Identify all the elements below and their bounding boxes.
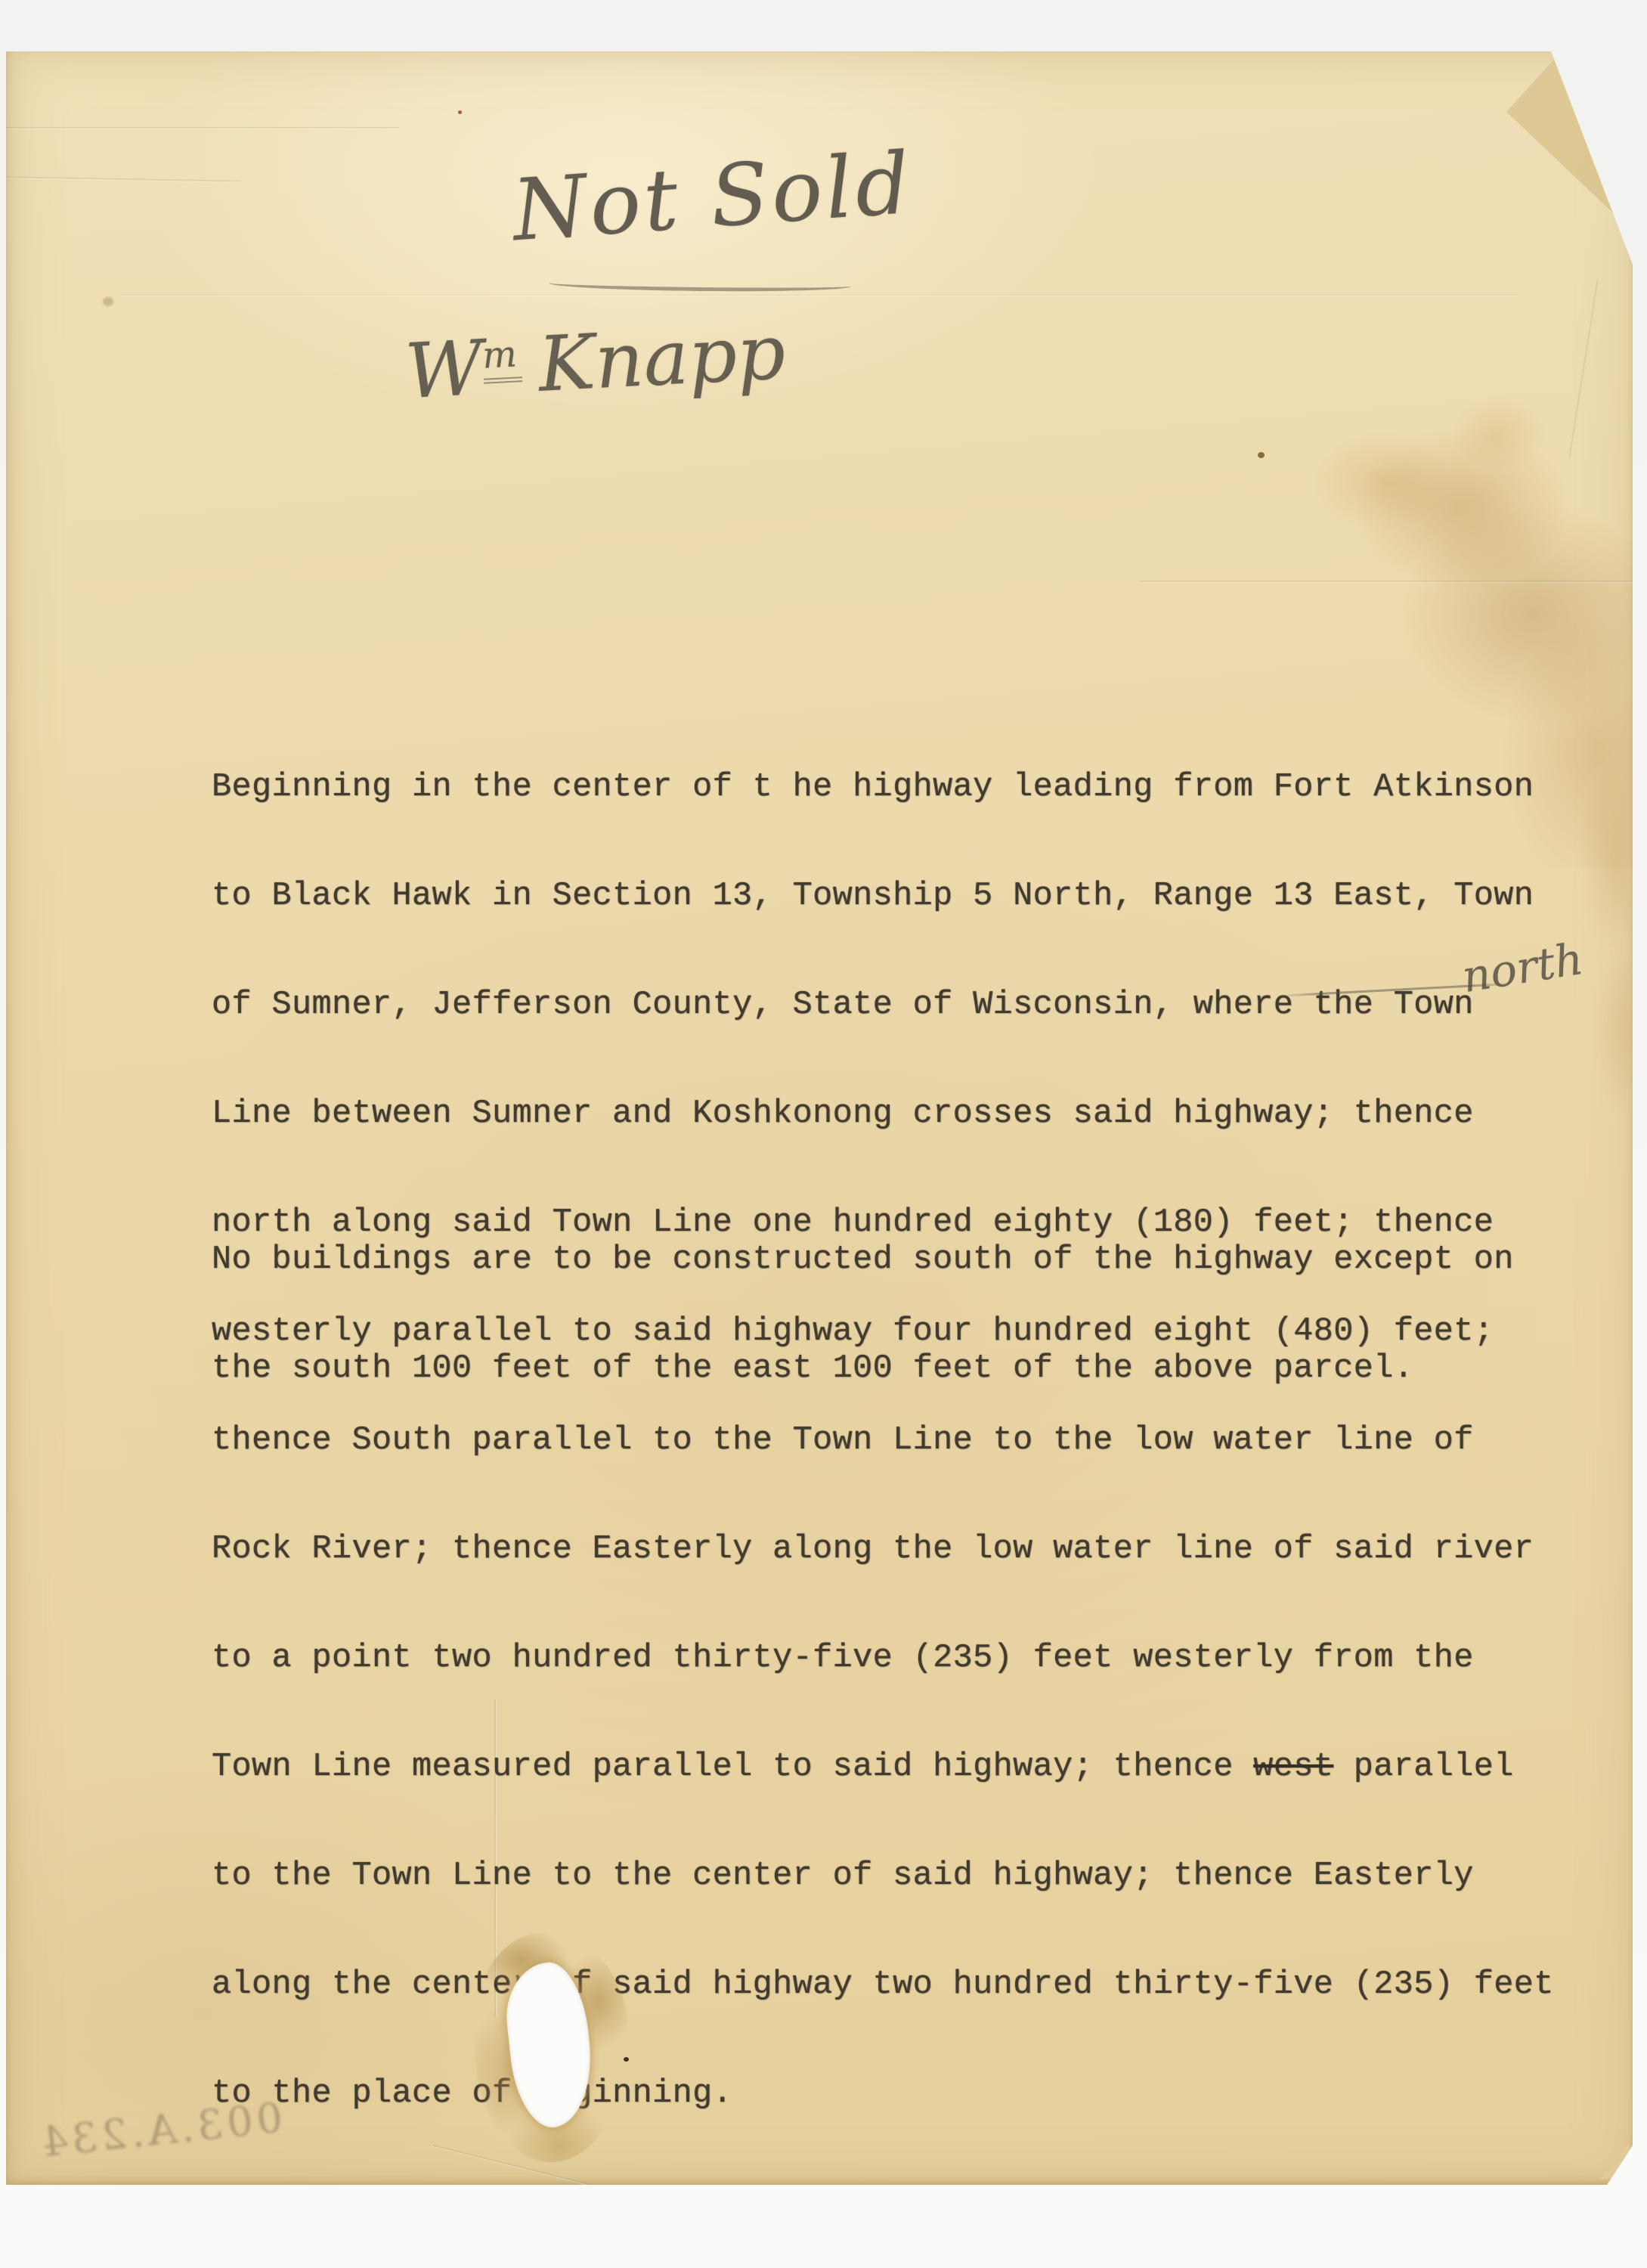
typed-line: Rock River; thence Easterly along the lo…	[212, 1532, 1554, 1568]
handwritten-name: WmKnapp	[403, 308, 788, 416]
typed-segment: parallel	[1333, 1749, 1514, 1786]
paper-crease	[1568, 279, 1599, 458]
soft-speck	[103, 297, 113, 306]
typed-line-with-strikeout: Town Line measured parallel to said high…	[212, 1749, 1554, 1786]
name-surname: Knapp	[536, 308, 787, 409]
name-superscript: m	[481, 333, 523, 384]
typed-line: to a point two hundred thirty-five (235)…	[212, 1641, 1554, 1677]
typed-line: to Black Hawk in Section 13, Township 5 …	[212, 878, 1554, 915]
typed-line: to the place of beginning.	[212, 2076, 1554, 2112]
typed-line: the south 100 feet of the east 100 feet …	[212, 1351, 1514, 1387]
torn-hole-opening	[501, 1959, 598, 2131]
paper-crease	[1140, 581, 1633, 582]
handwritten-underline	[549, 277, 851, 293]
paper-crease	[6, 127, 399, 129]
typed-line: No buildings are to be constructed south…	[212, 1242, 1514, 1278]
handwritten-not-sold: Not Sold	[509, 135, 915, 261]
ink-speck	[1258, 452, 1265, 458]
paper-crease	[119, 295, 1518, 296]
typed-line: to the Town Line to the center of said h…	[212, 1858, 1554, 1895]
building-restriction-paragraph: No buildings are to be constructed south…	[212, 1170, 1514, 1460]
struck-word: west	[1253, 1749, 1333, 1786]
name-initial: W	[403, 324, 485, 416]
document-page: Not Sold WmKnapp Beginning in the center…	[6, 51, 1633, 2185]
typed-line: Beginning in the center of t he highway …	[212, 770, 1554, 806]
typed-segment: Town Line measured parallel to said high…	[212, 1749, 1253, 1786]
paper-crease	[6, 176, 240, 181]
red-speck	[458, 110, 462, 114]
scanner-background: Not Sold WmKnapp Beginning in the center…	[0, 0, 1647, 2268]
typed-line: along the center of said highway two hun…	[212, 1967, 1554, 2003]
typed-line: Line between Sumner and Koshkonong cross…	[212, 1096, 1554, 1132]
